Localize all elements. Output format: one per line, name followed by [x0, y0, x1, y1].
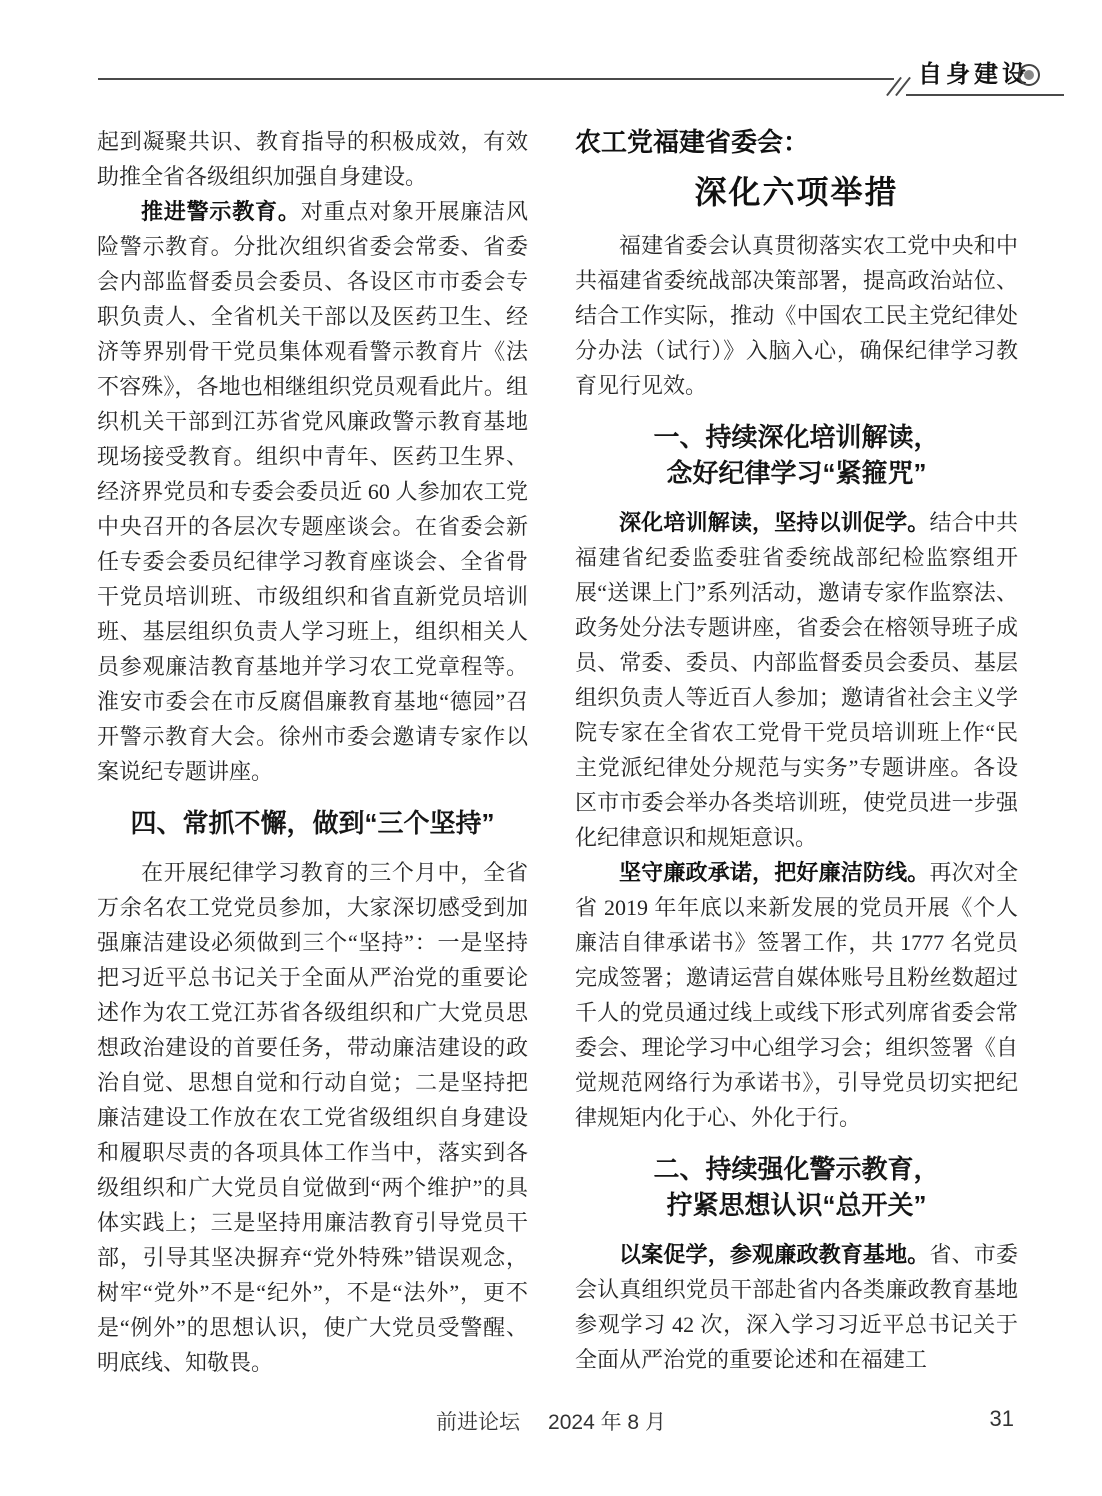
bullseye-icon [1018, 64, 1040, 86]
section-heading-2: 二、持续强化警示教育，拧紧思想认识“总开关” [575, 1151, 1018, 1223]
paragraph-lead: 坚守廉政承诺，把好廉洁防线。 [619, 860, 929, 885]
heading-line: 二、持续强化警示教育， [575, 1151, 1018, 1187]
section-heading-4: 四、常抓不懈，做到“三个坚持” [97, 805, 528, 841]
journal-name: 前进论坛 [436, 1411, 520, 1434]
paragraph: 以案促学，参观廉政教育基地。省、市委会认真组织党员干部赴省内各类廉政教育基地参观… [575, 1237, 1018, 1377]
header-rule-sub [906, 94, 1064, 96]
paragraph: 推进警示教育。对重点对象开展廉洁风险警示教育。分批次组织省委会常委、省委会内部监… [97, 194, 528, 789]
issue-date: 2024 年 8 月 [548, 1411, 666, 1434]
page-footer: 前进论坛2024 年 8 月 [0, 1406, 1102, 1436]
section-heading-1: 一、持续深化培训解读，念好纪律学习“紧箍咒” [575, 419, 1018, 491]
magazine-page: 自身建设 起到凝聚共识、教育指导的积极成效，有效助推全省各级组织加强自身建设。 … [0, 0, 1102, 1496]
paragraph: 起到凝聚共识、教育指导的积极成效，有效助推全省各级组织加强自身建设。 [97, 124, 528, 194]
paragraph: 在开展纪律学习教育的三个月中，全省万余名农工党党员参加，大家深切感受到加强廉洁建… [97, 855, 528, 1380]
page-number: 31 [990, 1406, 1014, 1432]
heading-line: 念好纪律学习“紧箍咒” [575, 455, 1018, 491]
right-column: 农工党福建省委会： 深化六项举措 福建省委会认真贯彻落实农工党中央和中共福建省委… [575, 124, 1018, 1380]
article-kicker: 农工党福建省委会： [575, 124, 1018, 160]
paragraph-text: 再次对全省 2019 年年底以来新发展的党员开展《个人廉洁自律承诺书》签署工作，… [575, 860, 1018, 1130]
left-column: 起到凝聚共识、教育指导的积极成效，有效助推全省各级组织加强自身建设。 推进警示教… [97, 124, 528, 1380]
section-label: 自身建设 [918, 54, 1030, 89]
paragraph-lead: 以案促学，参观廉政教育基地。 [619, 1242, 929, 1267]
heading-line: 拧紧思想认识“总开关” [575, 1187, 1018, 1223]
paragraph: 福建省委会认真贯彻落实农工党中央和中共福建省委统战部决策部署，提高政治站位、结合… [575, 228, 1018, 403]
paragraph: 深化培训解读，坚持以训促学。结合中共福建省纪委监委驻省委统战部纪检监察组开展“送… [575, 505, 1018, 855]
heading-line: 一、持续深化培训解读， [575, 419, 1018, 455]
paragraph-text: 结合中共福建省纪委监委驻省委统战部纪检监察组开展“送课上门”系列活动，邀请专家作… [575, 510, 1018, 850]
paragraph-lead: 推进警示教育。 [141, 199, 301, 224]
paragraph-lead: 深化培训解读，坚持以训促学。 [619, 510, 929, 535]
header-rule-main [98, 78, 894, 80]
paragraph-text: 对重点对象开展廉洁风险警示教育。分批次组织省委会常委、省委会内部监督委员会委员、… [97, 199, 528, 784]
article-body: 起到凝聚共识、教育指导的积极成效，有效助推全省各级组织加强自身建设。 推进警示教… [97, 124, 1018, 1380]
article-title: 深化六项举措 [575, 172, 1018, 212]
paragraph: 坚守廉政承诺，把好廉洁防线。再次对全省 2019 年年底以来新发展的党员开展《个… [575, 855, 1018, 1135]
